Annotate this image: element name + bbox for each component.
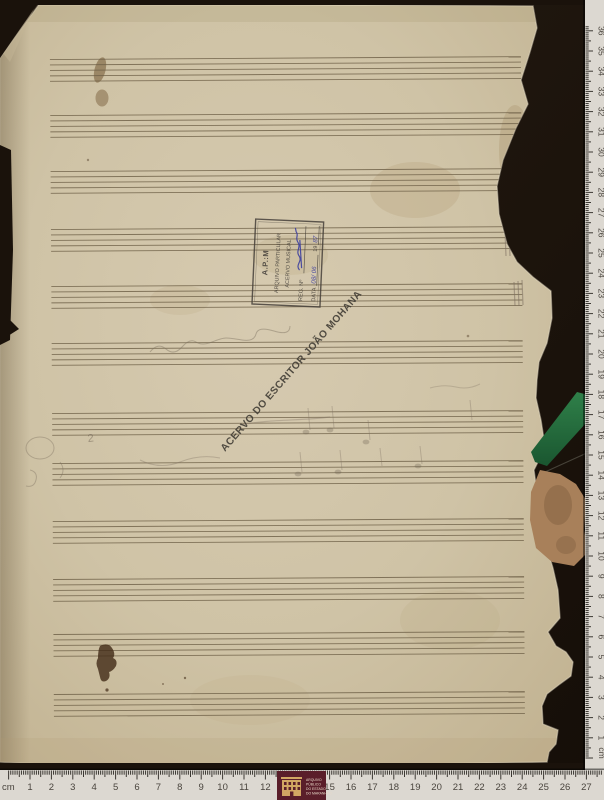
ruler-number: 17 <box>597 410 604 420</box>
pencil-number: 2 <box>87 432 94 445</box>
ruler-number: 10 <box>217 782 228 793</box>
ruler-number: 26 <box>560 782 571 793</box>
ruler-number: 34 <box>597 66 604 76</box>
ruler-number: 30 <box>597 147 604 157</box>
ruler-number: 36 <box>597 26 604 36</box>
ruler-number: 11 <box>239 782 249 793</box>
ruler-number: 11 <box>597 531 604 540</box>
ruler-number: 12 <box>260 782 271 793</box>
ruler-number: 33 <box>597 87 604 97</box>
ink-blob-stain-lower <box>96 90 109 107</box>
handwritten-year: 87 <box>312 235 319 243</box>
ruler-number: 12 <box>597 511 604 521</box>
ruler-number: 14 <box>597 470 604 480</box>
ruler-number: 9 <box>199 782 204 793</box>
archive-logo: ARQUIVO PÚBLICO DO ESTADO DO MARANHÃO <box>277 771 332 800</box>
ruler-number: 24 <box>597 268 604 278</box>
ruler-number: 22 <box>597 309 604 319</box>
ruler-number: 6 <box>597 634 604 639</box>
ruler-number: 29 <box>597 167 604 177</box>
ruler-number: 7 <box>597 614 604 619</box>
ruler-number: 27 <box>597 208 604 218</box>
right-ruler-unit-label: cm <box>597 747 604 758</box>
ruler-number: 35 <box>597 46 604 56</box>
ruler-number: 31 <box>597 127 604 137</box>
ruler-number: 7 <box>156 782 161 793</box>
handwritten-date: 08/ 06 <box>310 266 318 284</box>
ruler-number: 1 <box>27 782 32 793</box>
ruler-number: 13 <box>597 491 604 501</box>
ruler-number: 6 <box>134 782 139 793</box>
ruler-number: 19 <box>410 782 421 793</box>
ruler-number: 23 <box>597 289 604 299</box>
ruler-number: 4 <box>597 675 604 680</box>
ruler-number: 22 <box>474 782 485 793</box>
ruler-number: 18 <box>389 782 400 793</box>
bottom-ruler-unit-label: cm <box>2 782 15 793</box>
archive-logo-line: DO ESTADO <box>306 787 326 791</box>
ruler-number: 10 <box>597 551 604 561</box>
ruler-number: 25 <box>597 248 604 258</box>
ruler-number: 17 <box>367 782 378 793</box>
ruler-number: 32 <box>597 107 604 117</box>
ruler-number: 2 <box>597 715 604 720</box>
ruler-number: 26 <box>597 228 604 238</box>
ruler-number: 21 <box>453 782 464 793</box>
ruler-number: 5 <box>597 655 604 660</box>
ruler-number: 16 <box>346 782 357 793</box>
ruler-number: 19 <box>597 369 604 379</box>
ruler-number: 18 <box>597 390 604 400</box>
archive-logo-line: DO MARANHÃO <box>306 791 332 796</box>
archive-logo-line: PÚBLICO <box>306 782 321 787</box>
ink-speck <box>105 688 108 691</box>
archive-logo-line: ARQUIVO <box>306 778 322 782</box>
ruler-number: 4 <box>92 782 97 793</box>
ruler-number: 20 <box>431 782 442 793</box>
ruler-number: 2 <box>49 782 54 793</box>
ruler-number: 27 <box>581 782 592 793</box>
archive-stamp-date-label: DATA <box>311 287 318 302</box>
ruler-number: 3 <box>597 695 604 700</box>
ruler-number: 25 <box>538 782 549 793</box>
ruler-number: 28 <box>597 188 604 198</box>
ruler-number: 8 <box>597 594 604 599</box>
archive-stamp-reg-label: REG. Nº <box>297 280 305 302</box>
ruler-number: 3 <box>70 782 75 793</box>
digitized-manuscript-photo: 2 A.P.:M ARQUIVO PARTICULAR ACERVO MUSIC… <box>0 0 604 800</box>
printed-year-prefix: 19 <box>313 246 319 252</box>
scan-scene: 2 A.P.:M ARQUIVO PARTICULAR ACERVO MUSIC… <box>0 0 604 800</box>
archive-stamp-title: A.P.:M <box>260 250 270 276</box>
ruler-number: 23 <box>496 782 507 793</box>
ruler-number: 16 <box>597 430 604 440</box>
ruler-number: 9 <box>597 574 604 579</box>
ruler-number: 5 <box>113 782 118 793</box>
ruler-number: 1 <box>597 735 604 740</box>
ruler-number: 20 <box>597 349 604 359</box>
ruler-number: 24 <box>517 782 528 793</box>
right-ruler: 1234567891011121314151617181920212223242… <box>583 0 604 772</box>
ruler-number: 8 <box>177 782 182 793</box>
ruler-number: 21 <box>597 329 604 339</box>
ruler-number: 15 <box>597 450 604 460</box>
